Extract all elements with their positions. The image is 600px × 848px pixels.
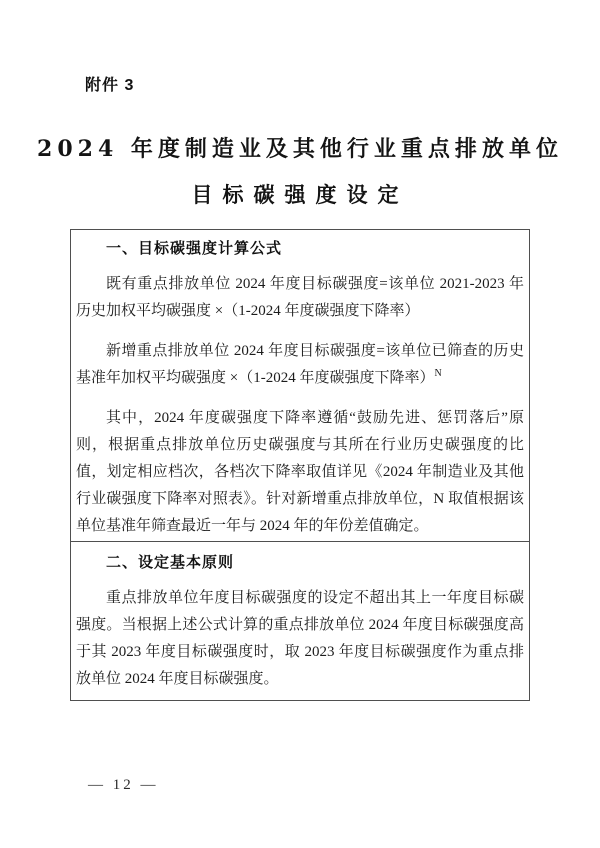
paragraph-decline-rate-rules: 其中，2024 年度碳强度下降率遵循“鼓励先进、惩罚落后”原则，根据重点排放单位… (76, 405, 524, 540)
formula-superscript-n: N (434, 368, 441, 379)
section-formula-heading: 一、目标碳强度计算公式 (76, 240, 524, 258)
document-title: 2024 年度制造业及其他行业重点排放单位 目标碳强度设定 (0, 135, 600, 209)
page-number: — 12 — (88, 777, 159, 794)
section-principles: 二、设定基本原则 重点排放单位年度目标碳强度的设定不超出其上一年度目标碳强度。当… (71, 542, 529, 693)
section-principles-heading: 二、设定基本原则 (76, 554, 524, 572)
attachment-label: 附件 3 (85, 72, 134, 95)
paragraph-new-units-formula: 新增重点排放单位 2024 年度目标碳强度=该单位已筛查的历史基准年加权平均碳强… (76, 338, 524, 392)
title-line-2: 目标碳强度设定 (0, 181, 600, 209)
title-line-1: 2024 年度制造业及其他行业重点排放单位 (0, 135, 600, 163)
content-box: 一、目标碳强度计算公式 既有重点排放单位 2024 年度目标碳强度=该单位 20… (70, 229, 530, 701)
paragraph-basic-principle: 重点排放单位年度目标碳强度的设定不超出其上一年度目标碳强度。当根据上述公式计算的… (76, 585, 524, 693)
document-page: 附件 3 2024 年度制造业及其他行业重点排放单位 目标碳强度设定 一、目标碳… (0, 0, 600, 848)
section-formula: 一、目标碳强度计算公式 既有重点排放单位 2024 年度目标碳强度=该单位 20… (71, 230, 529, 542)
paragraph-new-units-formula-text: 新增重点排放单位 2024 年度目标碳强度=该单位已筛查的历史基准年加权平均碳强… (76, 343, 524, 386)
paragraph-existing-units-formula: 既有重点排放单位 2024 年度目标碳强度=该单位 2021-2023 年历史加… (76, 271, 524, 325)
